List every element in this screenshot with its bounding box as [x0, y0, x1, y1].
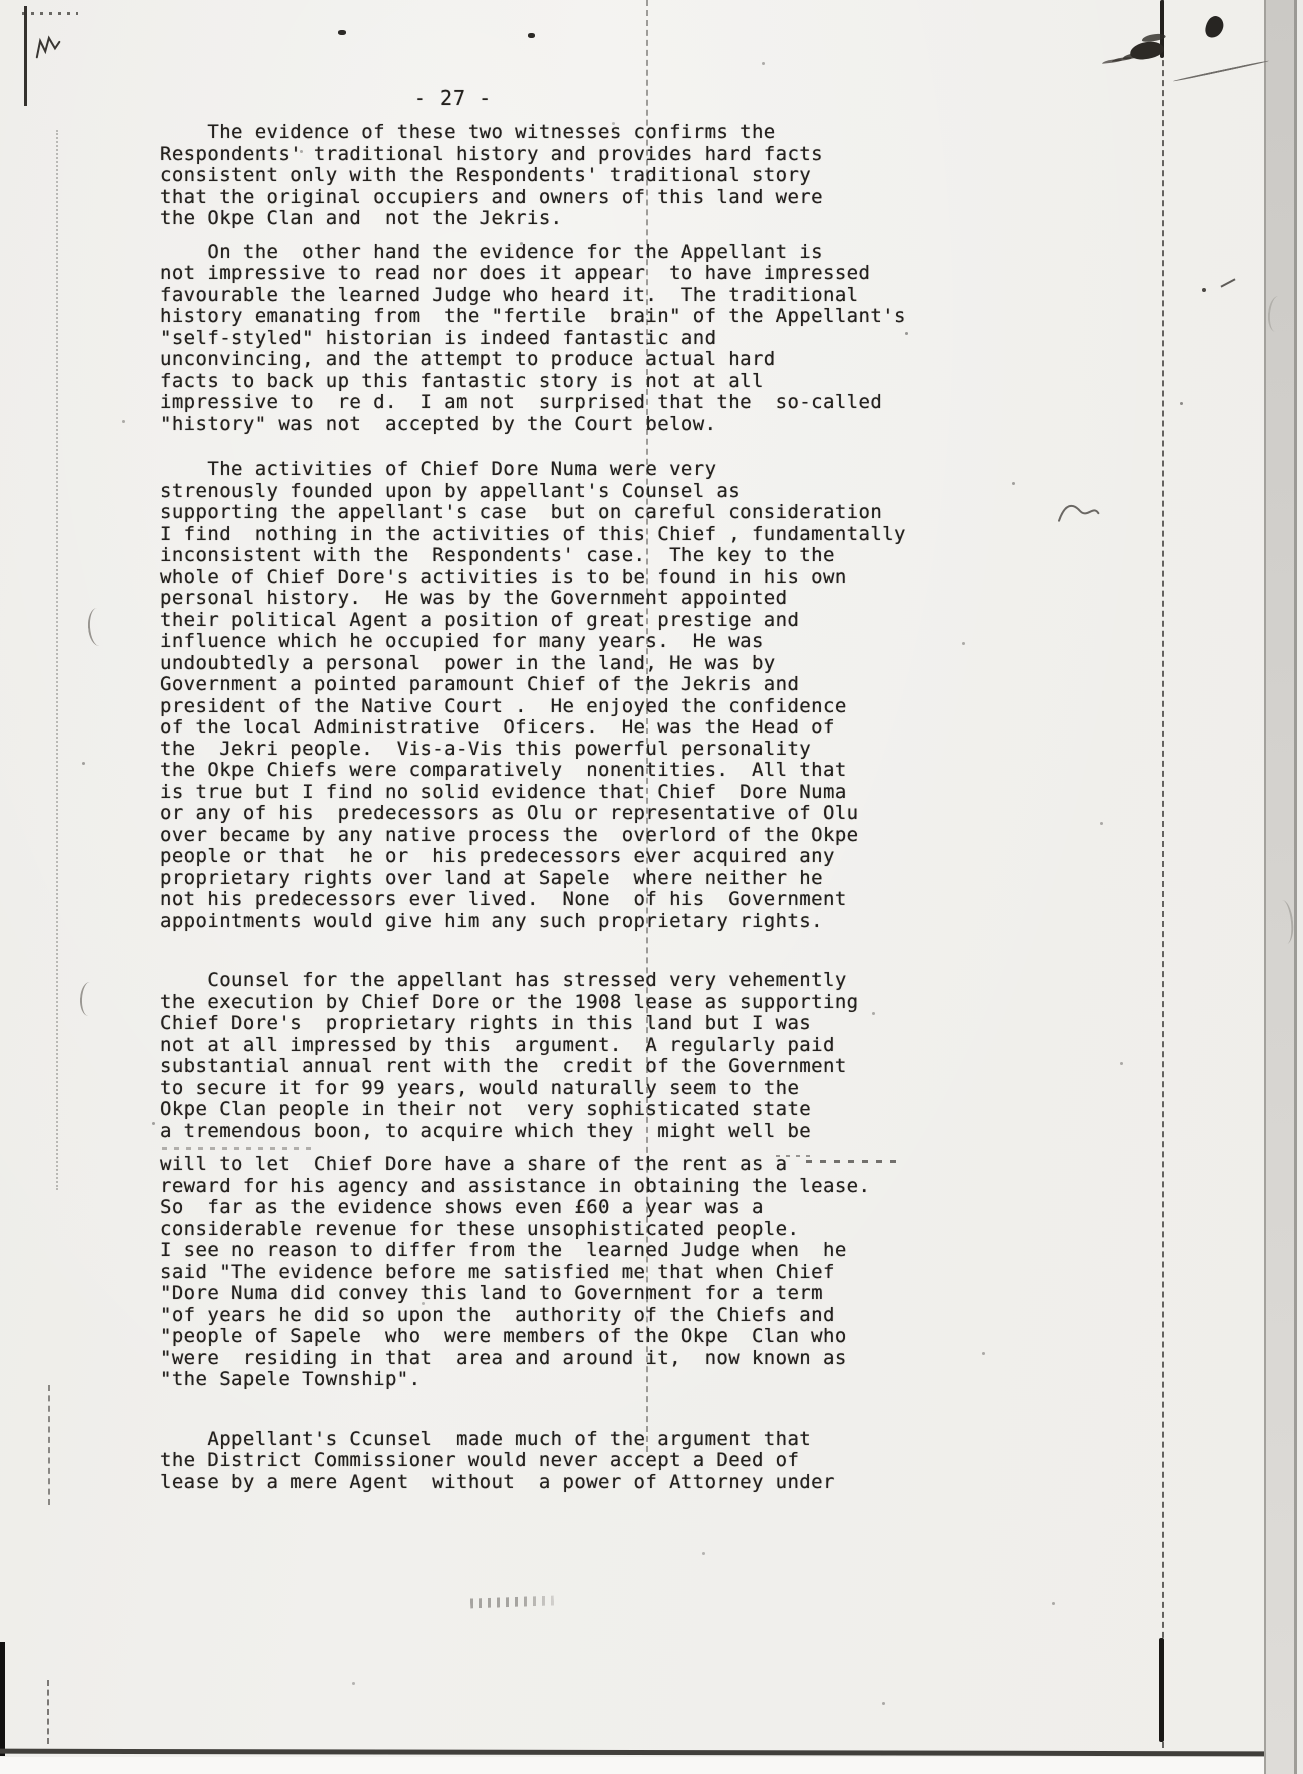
center-fold-line [646, 0, 648, 1452]
paragraph-2: On the other hand the evidence for the A… [160, 242, 940, 436]
judgment-text: The evidence of these two witnesses conf… [160, 122, 940, 1493]
left-dotted-line [56, 130, 58, 1190]
pencil-paren-mark-lower [79, 982, 99, 1017]
ink-blot [1204, 14, 1226, 39]
paragraph-3: The activities of Chief Dore Numa were v… [160, 459, 940, 932]
right-fold-line [1162, 0, 1164, 1748]
pencil-squiggle-mark [1054, 495, 1101, 529]
page-right-sliver [1297, 0, 1303, 1774]
ink-dot [528, 33, 535, 38]
paper-specks [0, 0, 3, 3]
faint-smudge-row [162, 1147, 312, 1150]
scanned-page: - 27 - The evidence of these two witness… [0, 0, 1303, 1774]
page-number: - 27 - [408, 86, 498, 110]
bottom-left-corner-bar [0, 1642, 5, 1756]
pencil-tick-mark [1220, 278, 1235, 287]
left-margin-line [24, 6, 27, 106]
paragraph-1: The evidence of these two witnesses conf… [160, 122, 940, 230]
paragraph-4: Counsel for the appellant has stressed v… [160, 970, 940, 1142]
scan-bed-strip [0, 1757, 1303, 1774]
ink-dot [338, 30, 346, 35]
scribble-icon [33, 33, 66, 62]
top-left-speck-row [22, 12, 78, 15]
paragraph-5: will to let Chief Dore have a share of t… [160, 1154, 940, 1391]
left-dash-line-bottom [47, 1680, 49, 1744]
top-left-scribble-mark [33, 33, 66, 66]
squiggle-icon [1054, 495, 1101, 525]
ink-blot-cluster [1129, 40, 1165, 60]
left-dash-line-lower [48, 1385, 50, 1505]
page-bottom-edge [0, 1749, 1264, 1757]
pencil-dot [1202, 288, 1206, 292]
pencil-paren-mark-upper [87, 607, 110, 646]
pencil-dash-row [806, 1160, 902, 1163]
pencil-stroke [1173, 60, 1269, 82]
paragraph-6: Appellant's Ccunsel made much of the arg… [160, 1429, 940, 1494]
right-fold-dark-segment-bottom [1159, 1638, 1164, 1742]
faint-smudge-bottom [470, 1596, 554, 1609]
